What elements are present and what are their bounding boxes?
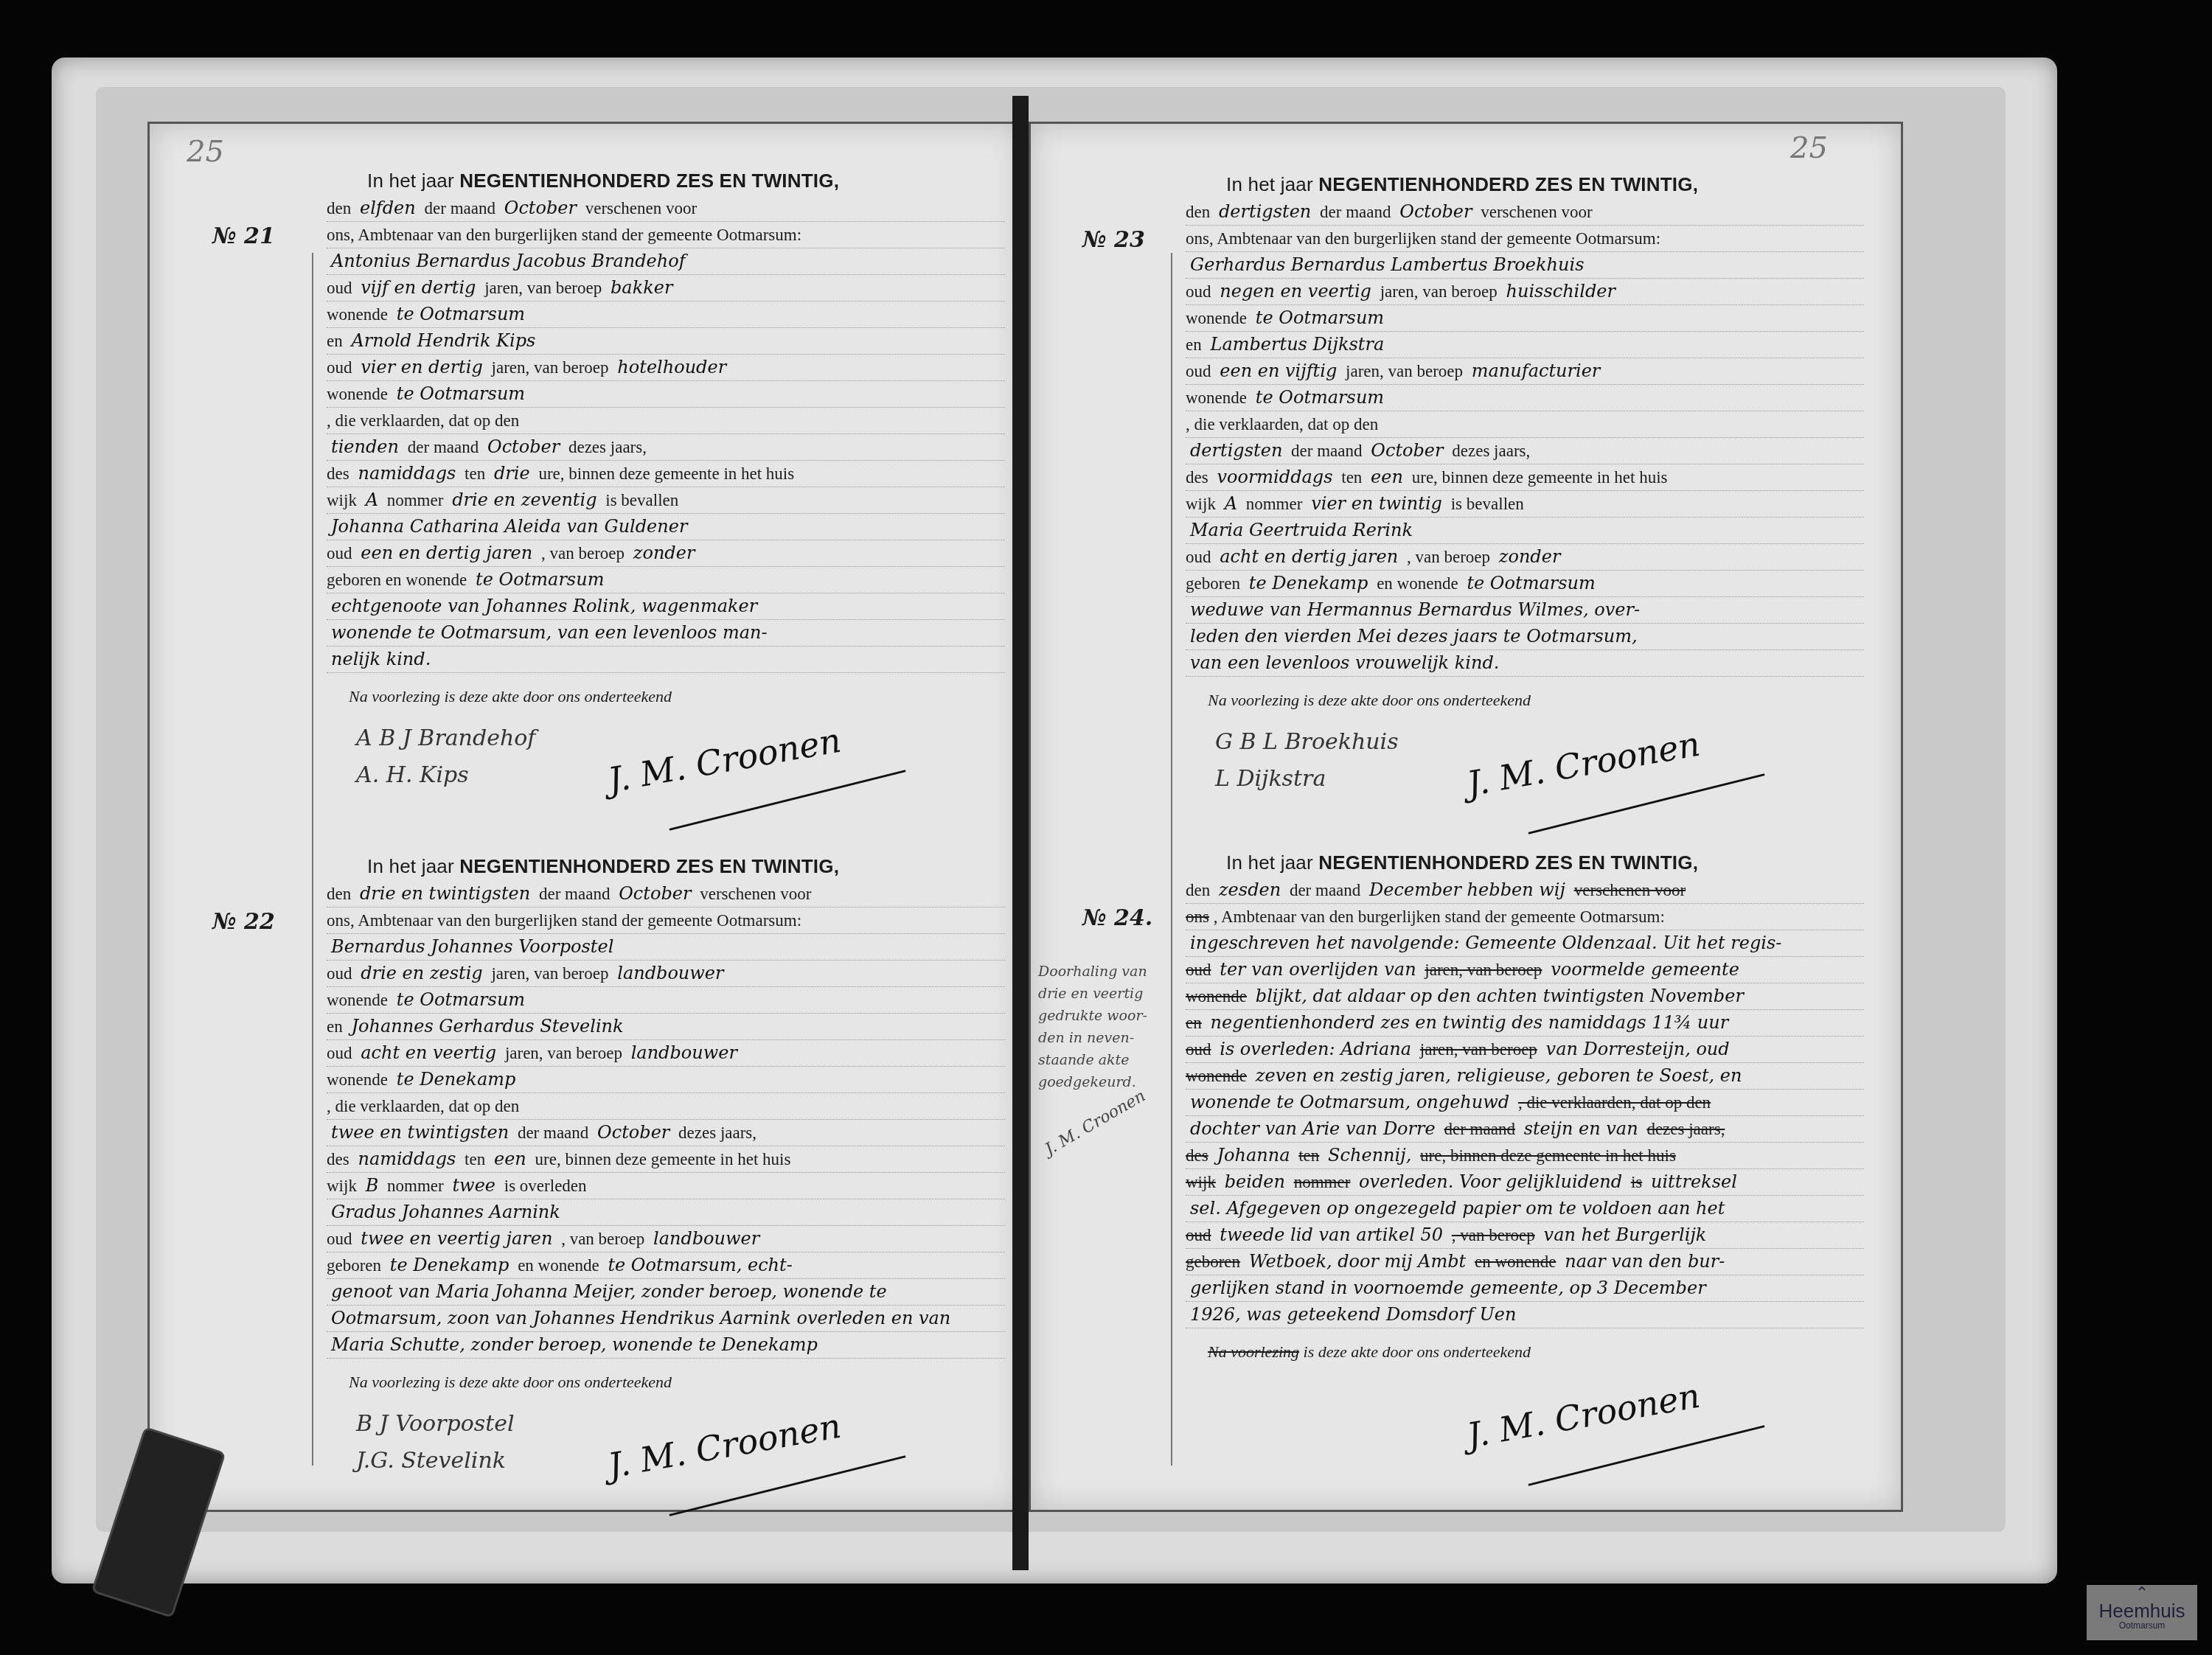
printed-text: is — [1631, 1173, 1642, 1191]
printed-text: der maand — [408, 438, 479, 456]
printed-text: wijk — [1186, 495, 1216, 513]
handwritten-entry: een — [490, 1149, 531, 1169]
handwritten-entry: te Ootmarsum — [1462, 573, 1599, 593]
handwritten-entry: te Ootmarsum, echt- — [603, 1255, 796, 1275]
printed-text: oud — [327, 358, 352, 377]
printed-text: ten — [465, 1150, 485, 1168]
printed-text: en wonende — [1377, 574, 1458, 593]
form-line: den dertigsten der maand October versche… — [1186, 199, 1864, 226]
handwritten-entry: A — [361, 489, 383, 510]
printed-text: ons, Ambtenaar van den burgerlijken stan… — [327, 226, 801, 244]
printed-text: , die verklaarden, dat op den — [1186, 415, 1378, 433]
form-line: wonende te Ootmarsum — [327, 302, 1005, 328]
handwritten-entry: October — [500, 198, 581, 218]
form-line: gerlijken stand in voornoemde gemeente, … — [1186, 1275, 1864, 1302]
handwritten-entry: twee en veertig jaren — [356, 1228, 557, 1249]
printed-text: oud — [1186, 961, 1211, 979]
printed-text: oud — [327, 964, 352, 983]
printed-text: ure, binnen deze gemeente in het huis — [1412, 468, 1668, 487]
margin-note-line: den in neven- — [1038, 1027, 1167, 1049]
printed-text: , van beroep — [1452, 1226, 1535, 1244]
handwritten-entry: tweede lid van artikel 50 — [1215, 1224, 1447, 1245]
handwritten-entry: is overleden: Adriana — [1215, 1039, 1416, 1059]
handwritten-entry: drie en zeventig — [448, 489, 601, 510]
handwritten-entry: beiden — [1220, 1171, 1290, 1192]
handwritten-entry: acht en dertig jaren — [1215, 546, 1402, 567]
handwritten-entry: zonder — [1495, 546, 1565, 567]
form-line: geboren te Denekamp en wonende te Ootmar… — [1186, 571, 1864, 597]
form-line: oud vijf en dertig jaren, van beroep bak… — [327, 275, 1005, 302]
handwritten-entry: hotelhouder — [613, 357, 731, 377]
printed-text: geboren — [1186, 574, 1240, 593]
printed-text: ons, Ambtenaar van den burgerlijken stan… — [1186, 229, 1660, 248]
handwritten-entry: manufacturier — [1467, 360, 1605, 381]
handwritten-entry: dertigsten — [1214, 201, 1315, 222]
handwritten-entry: Maria Geertruida Rerink — [1186, 520, 1417, 540]
handwritten-entry: nelijk kind. — [327, 649, 435, 669]
handwritten-entry: elfden — [355, 198, 420, 218]
akte-heading: In het jaar NEGENTIENHONDERD ZES EN TWIN… — [1186, 850, 1864, 876]
form-line: wonende te Ootmarsum — [327, 381, 1005, 408]
printed-text: des — [1186, 468, 1208, 487]
printed-text: wonende — [1186, 987, 1247, 1006]
printed-text: jaren, van beroep — [505, 1044, 622, 1062]
printed-text: jaren, van beroep — [491, 964, 608, 983]
printed-text: dezes jaars, — [678, 1123, 757, 1142]
printed-text: is overleden — [504, 1177, 587, 1195]
akte-body: In het jaar NEGENTIENHONDERD ZES EN TWIN… — [1186, 172, 1864, 832]
printed-text: verschenen voor — [1481, 203, 1592, 221]
form-line: nelijk kind. — [327, 647, 1005, 673]
handwritten-entry: steijn en van — [1520, 1118, 1643, 1139]
form-line: genoot van Maria Johanna Meijer, zonder … — [327, 1279, 1005, 1306]
handwritten-entry: te Denekamp — [392, 1069, 521, 1090]
printed-text: wonende — [1186, 389, 1247, 407]
official-signature: J. M. Croonen — [606, 1413, 843, 1480]
printed-text: oud — [1186, 1226, 1211, 1244]
printed-text: der maand — [518, 1123, 588, 1142]
handwritten-entry: October — [483, 436, 564, 457]
akte-heading: In het jaar NEGENTIENHONDERD ZES EN TWIN… — [327, 854, 1005, 879]
printed-text: der maand — [425, 199, 495, 217]
printed-text: oud — [1186, 1040, 1211, 1059]
printed-text: jaren, van beroep — [484, 279, 602, 297]
handwritten-entry: Arnold Hendrik Kips — [347, 330, 540, 351]
handwritten-entry: landbouwer — [627, 1042, 742, 1063]
handwritten-entry: genoot van Maria Johanna Meijer, zonder … — [327, 1281, 891, 1302]
heading-prefix: In het jaar — [1226, 851, 1318, 874]
printed-text: oud — [1186, 362, 1211, 380]
form-line: oud acht en dertig jaren , van beroep zo… — [1186, 544, 1864, 571]
handwritten-entry: weduwe van Hermannus Bernardus Wilmes, o… — [1186, 599, 1644, 620]
margin-note-line: drie en veertig — [1038, 983, 1167, 1005]
akte-heading: In het jaar NEGENTIENHONDERD ZES EN TWIN… — [1186, 172, 1864, 198]
margin-rule — [312, 253, 313, 1466]
closing-statement: Na voorlezing is deze akte door ons onde… — [327, 683, 1005, 709]
handwritten-entry: te Ootmarsum — [471, 569, 608, 590]
form-line: , die verklaarden, dat op den — [1186, 411, 1864, 438]
printed-text: is bevallen — [605, 491, 678, 509]
form-line: van een levenloos vrouwelijk kind. — [1186, 650, 1864, 677]
form-line: 1926, was geteekend Domsdorf Uen — [1186, 1302, 1864, 1328]
printed-text: des — [327, 1150, 349, 1168]
heading-prefix: In het jaar — [367, 855, 459, 877]
handwritten-entry: wonende te Ootmarsum, ongehuwd — [1186, 1092, 1514, 1112]
handwritten-entry: tienden — [327, 436, 403, 457]
form-line: wijk A nommer drie en zeventig is bevall… — [327, 487, 1005, 514]
handwritten-entry: een en dertig jaren — [356, 543, 537, 563]
printed-text: geboren — [327, 571, 381, 589]
witness-signature: B J Voorpostel — [356, 1411, 515, 1437]
handwritten-entry: Ootmarsum, zoon van Johannes Hendrikus A… — [327, 1308, 955, 1328]
handwritten-entry: Gradus Johannes Aarnink — [327, 1202, 565, 1222]
form-line: des namiddags ten een ure, binnen deze g… — [327, 1146, 1005, 1173]
handwritten-entry: blijkt, dat aldaar op den achten twintig… — [1251, 986, 1748, 1006]
handwritten-entry: Antonius Bernardus Jacobus Brandehof — [327, 251, 690, 271]
witness-signature: L Dijkstra — [1215, 766, 1326, 792]
printed-text: den — [327, 885, 351, 903]
handwritten-entry: zonder — [629, 543, 700, 563]
form-line: Bernardus Johannes Voorpostel — [327, 934, 1005, 961]
printed-text: en wonende — [386, 571, 467, 589]
handwritten-entry: Johanna — [1212, 1145, 1294, 1166]
official-signature: J. M. Croonen — [1465, 731, 1702, 798]
printed-text: jaren, van beroep — [1420, 1040, 1537, 1059]
witness-signature: J.G. Stevelink — [356, 1448, 506, 1474]
handwritten-entry: een en vijftig — [1215, 360, 1341, 381]
printed-text: des — [327, 464, 349, 483]
form-line: wonende te Ootmarsum — [327, 987, 1005, 1014]
printed-text: dezes jaars, — [1452, 442, 1530, 460]
printed-text: , die verklaarden, dat op den — [327, 411, 519, 430]
printed-text: dezes jaars, — [568, 438, 647, 456]
printed-text: geboren — [1186, 1252, 1240, 1271]
witness-signature: A. H. Kips — [356, 762, 469, 788]
form-line: wonende zeven en zestig jaren, religieus… — [1186, 1063, 1864, 1090]
handwritten-entry: vijf en dertig — [356, 277, 480, 298]
handwritten-entry: Lambertus Dijkstra — [1206, 334, 1388, 355]
handwritten-entry: Maria Schutte, zonder beroep, wonende te… — [327, 1334, 822, 1355]
form-line: Maria Geertruida Rerink — [1186, 518, 1864, 544]
printed-text: en wonende — [1475, 1252, 1557, 1271]
margin-note-line: staande akte — [1038, 1049, 1167, 1071]
handwritten-entry: van Dorresteijn, oud — [1542, 1039, 1734, 1059]
printed-text: nommer — [1294, 1173, 1351, 1191]
form-line: weduwe van Hermannus Bernardus Wilmes, o… — [1186, 597, 1864, 624]
handwritten-entry: ter van overlijden van — [1215, 959, 1420, 980]
printed-text: , die verklaarden, dat op den — [1518, 1093, 1711, 1112]
handwritten-entry: A — [1220, 493, 1242, 514]
printed-text: wonende — [327, 385, 388, 403]
signature-block: B J VoorpostelJ.G. StevelinkJ. M. Croone… — [327, 1404, 1005, 1514]
printed-text: den — [327, 199, 351, 217]
form-line: wonende te Ootmarsum, van een levenloos … — [327, 620, 1005, 647]
printed-text: en — [1186, 335, 1202, 354]
printed-text: ons — [1186, 907, 1209, 926]
akte-number: № 21 — [212, 223, 275, 249]
form-line: dertigsten der maand October dezes jaars… — [1186, 438, 1864, 464]
printed-text: nommer — [1246, 495, 1303, 513]
handwritten-entry: drie en twintigsten — [355, 883, 535, 904]
form-line: echtgenoote van Johannes Rolink, wagenma… — [327, 593, 1005, 620]
printed-text: jaren, van beroep — [1346, 362, 1463, 380]
handwritten-entry: zeven en zestig jaren, religieuse, gebor… — [1251, 1065, 1747, 1086]
official-signature: J. M. Croonen — [1465, 1383, 1702, 1449]
form-line: , die verklaarden, dat op den — [327, 408, 1005, 434]
handwritten-entry: October — [614, 883, 695, 904]
form-line: , die verklaarden, dat op den — [327, 1093, 1005, 1120]
handwritten-entry: leden den vierden Mei dezes jaars te Oot… — [1186, 626, 1642, 647]
form-line: geboren Wetboek, door mij Ambt en wonend… — [1186, 1249, 1864, 1275]
form-line: oud ter van overlijden van jaren, van be… — [1186, 957, 1864, 983]
form-line: des Johanna ten Schennij, ure, binnen de… — [1186, 1143, 1864, 1169]
heemhuis-watermark: ⌃ Heemhuis Ootmarsum — [2087, 1585, 2197, 1640]
printed-text: der maand — [539, 885, 610, 903]
handwritten-entry: negentienhonderd zes en twintig des nami… — [1206, 1012, 1733, 1033]
handwritten-entry: October — [1366, 440, 1447, 461]
heading-year: NEGENTIENHONDERD ZES EN TWINTIG, — [459, 855, 839, 877]
form-line: den zesden der maand December hebben wij… — [1186, 877, 1864, 904]
printed-text: geboren — [327, 1256, 381, 1275]
printed-text: oud — [1186, 548, 1211, 566]
form-line: wijk beiden nommer overleden. Voor gelij… — [1186, 1169, 1864, 1196]
form-line: wonende blijkt, dat aldaar op den achten… — [1186, 983, 1864, 1010]
handwritten-entry: negen en veertig — [1215, 281, 1376, 302]
handwritten-entry: echtgenoote van Johannes Rolink, wagenma… — [327, 596, 762, 616]
handwritten-entry: namiddags — [353, 463, 460, 484]
printed-text: ons, Ambtenaar van den burgerlijken stan… — [327, 911, 801, 930]
printed-text: wijk — [327, 1177, 357, 1195]
handwritten-entry: vier en dertig — [356, 357, 487, 377]
handwritten-entry: bakker — [606, 277, 677, 298]
form-line: ons, Ambtenaar van den burgerlijken stan… — [1186, 226, 1864, 252]
form-line: oud negen en veertig jaren, van beroep h… — [1186, 279, 1864, 305]
form-line: ons , Ambtenaar van den burgerlijken sta… — [1186, 904, 1864, 930]
printed-text: wonende — [1186, 309, 1247, 327]
handwritten-entry: te Denekamp — [1245, 573, 1373, 593]
akte-number: № 24. — [1082, 905, 1152, 931]
form-line: Ootmarsum, zoon van Johannes Hendrikus A… — [327, 1306, 1005, 1332]
handwritten-entry: uittreksel — [1646, 1171, 1742, 1192]
handwritten-entry: dertigsten — [1186, 440, 1287, 461]
margin-approval-note: Doorhaling vandrie en veertiggedrukte wo… — [1038, 961, 1167, 1130]
form-line: wonende te Ootmarsum — [1186, 385, 1864, 411]
handwritten-entry: zesden — [1214, 879, 1285, 900]
closing-statement: Na voorlezing is deze akte door ons onde… — [327, 1369, 1005, 1395]
closing-struck: Na voorlezing — [1208, 1342, 1299, 1361]
form-line: Antonius Bernardus Jacobus Brandehof — [327, 248, 1005, 275]
roof-icon: ⌃ — [2087, 1585, 2197, 1601]
printed-text: , van beroep — [561, 1230, 644, 1248]
handwritten-entry: 1926, was geteekend Domsdorf Uen — [1186, 1304, 1520, 1325]
form-line: twee en twintigsten der maand October de… — [327, 1120, 1005, 1146]
witness-signature: G B L Broekhuis — [1215, 729, 1399, 755]
form-line: Gradus Johannes Aarnink — [327, 1199, 1005, 1226]
form-line: tienden der maand October dezes jaars, — [327, 434, 1005, 461]
form-line: des voormiddags ten een ure, binnen deze… — [1186, 464, 1864, 491]
printed-text: ten — [465, 464, 485, 483]
handwritten-entry: wonende te Ootmarsum, van een levenloos … — [327, 622, 772, 643]
form-line: oud is overleden: Adriana jaren, van ber… — [1186, 1036, 1864, 1063]
handwritten-entry: dochter van Arie van Dorre — [1186, 1118, 1440, 1139]
handwritten-entry: Schennij, — [1324, 1145, 1416, 1166]
printed-text: wonende — [327, 991, 388, 1009]
printed-text: jaren, van beroep — [1425, 961, 1542, 979]
form-line: wijk A nommer vier en twintig is bevalle… — [1186, 491, 1864, 518]
handwritten-entry: gerlijken stand in voornoemde gemeente, … — [1186, 1278, 1711, 1298]
heading-year: NEGENTIENHONDERD ZES EN TWINTIG, — [1318, 851, 1698, 874]
form-line: Gerhardus Bernardus Lambertus Broekhuis — [1186, 252, 1864, 279]
handwritten-entry: voormelde gemeente — [1546, 959, 1744, 980]
printed-text: wonende — [327, 1070, 388, 1089]
form-line: oud een en vijftig jaren, van beroep man… — [1186, 358, 1864, 385]
akte-number: № 22 — [212, 909, 275, 935]
akte-body: In het jaar NEGENTIENHONDERD ZES EN TWIN… — [327, 168, 1005, 829]
printed-text: der maand — [1444, 1120, 1514, 1138]
handwritten-entry: naar van den bur- — [1560, 1251, 1729, 1272]
handwritten-entry: te Ootmarsum — [392, 383, 529, 404]
margin-rule — [1171, 253, 1172, 1466]
margin-note-line: Doorhaling van — [1038, 961, 1167, 983]
signature-block: G B L BroekhuisL DijkstraJ. M. Croonen — [1186, 722, 1864, 832]
printed-text: oud — [1186, 282, 1211, 301]
handwritten-entry: huisschilder — [1502, 281, 1621, 302]
handwritten-entry: twee en twintigsten — [327, 1122, 513, 1143]
printed-text: ure, binnen deze gemeente in het huis — [1420, 1146, 1676, 1165]
form-line: wonende te Ootmarsum, ongehuwd , die ver… — [1186, 1090, 1864, 1116]
form-line: ingeschreven het navolgende: Gemeente Ol… — [1186, 930, 1864, 957]
printed-text: en wonende — [518, 1256, 599, 1275]
handwritten-entry: Wetboek, door mij Ambt — [1245, 1251, 1470, 1272]
handwritten-entry: drie — [490, 463, 535, 484]
handwritten-entry: een — [1366, 467, 1408, 487]
printed-text: en — [327, 1017, 343, 1036]
printed-text: , van beroep — [1407, 548, 1490, 566]
official-signature: J. M. Croonen — [606, 728, 843, 794]
handwritten-entry: Johannes Gerhardus Stevelink — [347, 1016, 627, 1036]
printed-text: der maand — [1290, 881, 1360, 899]
handwritten-entry: October — [1395, 201, 1476, 222]
form-line: en Johannes Gerhardus Stevelink — [327, 1014, 1005, 1040]
handwritten-entry: acht en veertig — [356, 1042, 501, 1063]
printed-text: des — [1186, 1146, 1208, 1165]
handwritten-entry: Johanna Catharina Aleida van Guldener — [327, 516, 692, 537]
closing-statement: Na voorlezing is deze akte door ons onde… — [1186, 687, 1864, 713]
form-line: dochter van Arie van Dorre der maand ste… — [1186, 1116, 1864, 1143]
closing-rest: is deze akte door ons onderteekend — [1299, 1342, 1531, 1361]
akte-body: In het jaar NEGENTIENHONDERD ZES EN TWIN… — [327, 854, 1005, 1514]
akte-number: № 23 — [1082, 227, 1145, 253]
printed-text: jaren, van beroep — [492, 358, 609, 377]
printed-text: der maand — [1320, 203, 1391, 221]
book-spine — [1012, 96, 1029, 1570]
form-line: oud vier en dertig jaren, van beroep hot… — [327, 355, 1005, 381]
heading-prefix: In het jaar — [1226, 173, 1318, 195]
printed-text: verschenen voor — [700, 885, 811, 903]
form-line: wonende te Ootmarsum — [1186, 305, 1864, 332]
form-line: wijk B nommer twee is overleden — [327, 1173, 1005, 1199]
handwritten-entry: namiddags — [353, 1149, 460, 1169]
printed-text: verschenen voor — [585, 199, 697, 217]
closing-statement: Na voorlezing is deze akte door ons onde… — [1186, 1339, 1864, 1365]
printed-text: nommer — [387, 491, 444, 509]
printed-text: wonende — [327, 305, 388, 324]
right-page: 25 № 23In het jaar NEGENTIENHONDERD ZES … — [1029, 122, 1903, 1512]
printed-text: oud — [327, 279, 352, 297]
handwritten-entry: sel. Afgegeven op ongezegeld papier om t… — [1186, 1198, 1729, 1219]
handwritten-entry: drie en zestig — [356, 963, 487, 983]
handwritten-entry: Gerhardus Bernardus Lambertus Broekhuis — [1186, 254, 1588, 275]
form-line: den elfden der maand October verschenen … — [327, 195, 1005, 222]
printed-text: , van beroep — [541, 544, 625, 562]
printed-text: en — [327, 332, 343, 350]
handwritten-entry: ingeschreven het navolgende: Gemeente Ol… — [1186, 933, 1786, 953]
handwritten-entry: van het Burgerlijk — [1540, 1224, 1711, 1245]
printed-text: der maand — [1291, 442, 1362, 460]
margin-note-line: gedrukte woor- — [1038, 1005, 1167, 1027]
handwritten-entry: landbouwer — [649, 1228, 764, 1249]
handwritten-entry: te Ootmarsum — [1251, 307, 1388, 328]
printed-text: , die verklaarden, dat op den — [327, 1097, 519, 1115]
printed-text: ure, binnen deze gemeente in het huis — [538, 464, 794, 483]
printed-text: wijk — [327, 491, 357, 509]
printed-text: dezes jaars, — [1646, 1120, 1725, 1138]
handwritten-entry: overleden. Voor gelijkluidend — [1354, 1171, 1627, 1192]
form-line: oud een en dertig jaren , van beroep zon… — [327, 540, 1005, 567]
folio-note-right: 25 — [1790, 131, 1828, 165]
handwritten-entry: te Ootmarsum — [392, 304, 529, 324]
printed-text: den — [1186, 203, 1210, 221]
handwritten-entry: Bernardus Johannes Voorpostel — [327, 936, 618, 957]
printed-text: ten — [1341, 468, 1362, 487]
printed-text: oud — [327, 544, 352, 562]
akte-heading: In het jaar NEGENTIENHONDERD ZES EN TWIN… — [327, 168, 1005, 194]
form-line: ons, Ambtenaar van den burgerlijken stan… — [327, 222, 1005, 248]
folio-note-left: 25 — [187, 135, 224, 169]
heading-prefix: In het jaar — [367, 170, 459, 192]
handwritten-entry: vier en twintig — [1307, 493, 1447, 514]
form-line: en negentienhonderd zes en twintig des n… — [1186, 1010, 1864, 1036]
akte-body: In het jaar NEGENTIENHONDERD ZES EN TWIN… — [1186, 850, 1864, 1484]
printed-text: nommer — [387, 1177, 444, 1195]
signature-block: A B J BrandehofA. H. KipsJ. M. Croonen — [327, 718, 1005, 829]
printed-text: wijk — [1186, 1173, 1216, 1191]
heading-year: NEGENTIENHONDERD ZES EN TWINTIG, — [1318, 173, 1698, 195]
printed-text: den — [1186, 881, 1210, 899]
form-line: oud acht en veertig jaren, van beroep la… — [327, 1040, 1005, 1067]
printed-text: is bevallen — [1451, 495, 1524, 513]
form-line: oud twee en veertig jaren , van beroep l… — [327, 1226, 1005, 1252]
handwritten-entry: twee — [448, 1175, 500, 1196]
printed-text: oud — [327, 1230, 352, 1248]
form-line: en Arnold Hendrik Kips — [327, 328, 1005, 355]
form-line: Maria Schutte, zonder beroep, wonende te… — [327, 1332, 1005, 1359]
handwritten-entry: te Denekamp — [386, 1255, 514, 1275]
handwritten-entry: voormiddags — [1212, 467, 1337, 487]
printed-text: ure, binnen deze gemeente in het huis — [535, 1150, 791, 1168]
form-line: en Lambertus Dijkstra — [1186, 332, 1864, 358]
watermark-brand: Heemhuis — [2087, 1601, 2197, 1620]
form-line: oud tweede lid van artikel 50 , van bero… — [1186, 1222, 1864, 1249]
form-line: sel. Afgegeven op ongezegeld papier om t… — [1186, 1196, 1864, 1222]
form-line: Johanna Catharina Aleida van Guldener — [327, 514, 1005, 540]
handwritten-entry: October — [593, 1122, 674, 1143]
printed-text: wonende — [1186, 1067, 1247, 1085]
printed-text: , Ambtenaar van den burgerlijken stand d… — [1214, 907, 1665, 926]
watermark-place: Ootmarsum — [2087, 1620, 2197, 1631]
handwritten-entry: December hebben wij — [1365, 879, 1570, 900]
handwritten-entry: landbouwer — [613, 963, 728, 983]
